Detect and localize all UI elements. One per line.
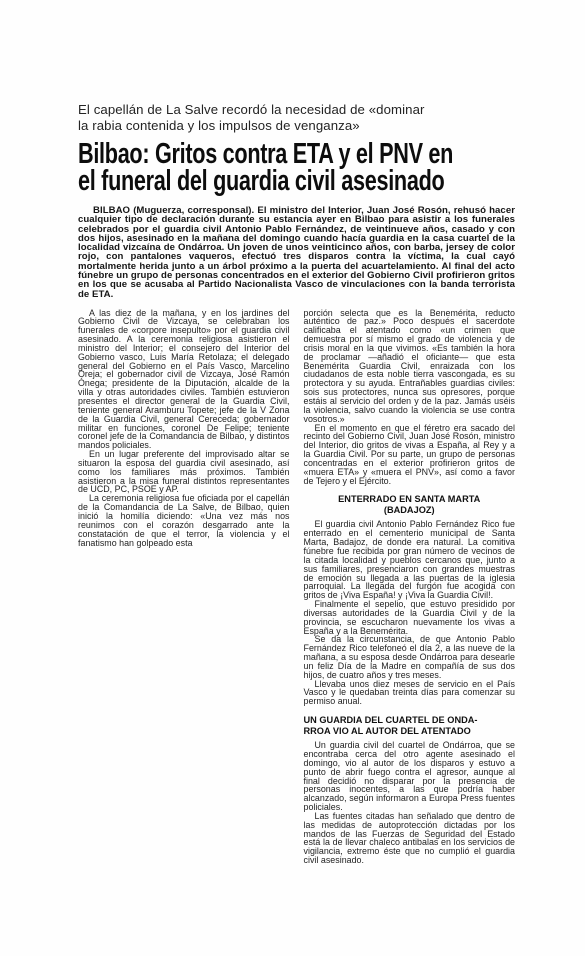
article-columns: A las diez de la mañana, y en los jardin… bbox=[78, 309, 515, 865]
right-paragraph-7: Un guardia civil del cuartel de Ondárroa… bbox=[304, 741, 516, 812]
kicker-line-2: la rabia contenida y los impulsos de ven… bbox=[78, 118, 515, 134]
section-heading-santa-marta: ENTERRADO EN SANTA MARTA (BADAJOZ) bbox=[304, 494, 516, 515]
newspaper-page: El capellán de La Salve recordó la neces… bbox=[0, 0, 585, 956]
right-paragraph-4: Finalmente el sepelio, que estuvo presid… bbox=[304, 600, 516, 635]
right-paragraph-2: En el momento en que el féretro era saca… bbox=[304, 424, 516, 486]
left-paragraph-1: A las diez de la mañana, y en los jardin… bbox=[78, 309, 290, 451]
right-paragraph-1: porción selecta que es la Benemérita, re… bbox=[304, 309, 516, 424]
section-heading-ondarroa: UN GUARDIA DEL CUARTEL DE ONDA- RROA VIO… bbox=[304, 715, 516, 736]
left-paragraph-3: La ceremonia religiosa fue oficiada por … bbox=[78, 494, 290, 547]
right-paragraph-6: Llevaba unos diez meses de servicio en e… bbox=[304, 680, 516, 707]
right-paragraph-3: El guardia civil Antonio Pablo Fernández… bbox=[304, 520, 516, 600]
lead-paragraph: BILBAO (Muguerza, corresponsal). El mini… bbox=[78, 206, 515, 299]
left-paragraph-2: En un lugar preferente del improvisado a… bbox=[78, 450, 290, 494]
headline: Bilbao: Gritos contra ETA y el PNV en el… bbox=[78, 141, 515, 194]
section-heading-ondarroa-line-1: UN GUARDIA DEL CUARTEL DE ONDA- bbox=[304, 715, 516, 726]
right-paragraph-8: Las fuentes citadas han señalado que den… bbox=[304, 812, 516, 865]
section-heading-ondarroa-line-2: RROA VIO AL AUTOR DEL ATENTADO bbox=[304, 726, 516, 737]
column-left: A las diez de la mañana, y en los jardin… bbox=[78, 309, 290, 865]
section-heading-santa-marta-line-2: (BADAJOZ) bbox=[304, 505, 516, 516]
right-paragraph-5: Se da la circunstancia, de que Antonio P… bbox=[304, 635, 516, 679]
column-right: porción selecta que es la Benemérita, re… bbox=[304, 309, 516, 865]
article: El capellán de La Salve recordó la neces… bbox=[78, 102, 515, 865]
kicker: El capellán de La Salve recordó la neces… bbox=[78, 102, 515, 133]
headline-line-2: el funeral del guardia civil asesinado bbox=[78, 168, 410, 195]
kicker-line-1: El capellán de La Salve recordó la neces… bbox=[78, 102, 515, 118]
section-heading-santa-marta-line-1: ENTERRADO EN SANTA MARTA bbox=[304, 494, 516, 505]
